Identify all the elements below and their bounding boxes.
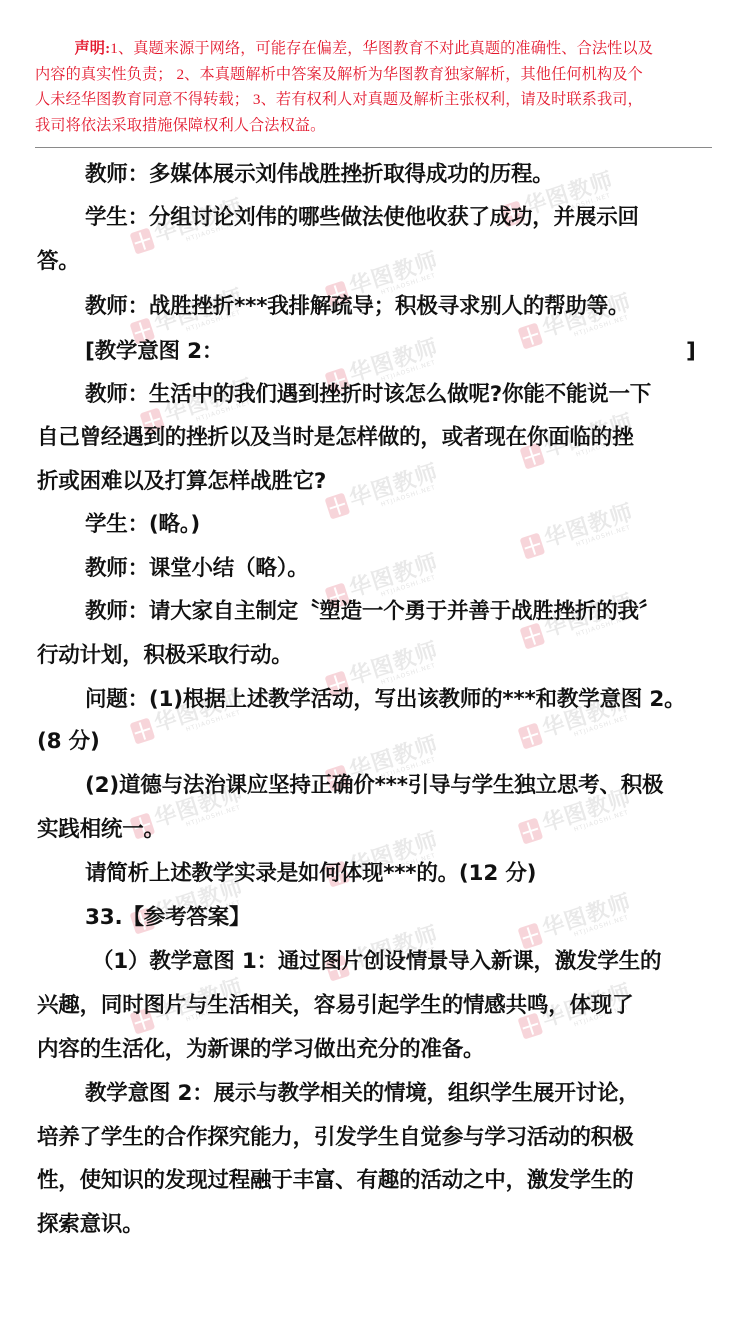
disclaimer-label: 声明: [75,40,111,57]
text-line: 教师：战胜挫折***我排解疏导；积极寻求别人的帮助等。 [85,292,629,322]
text-line: ] [686,337,696,367]
watermark: 华图教师HTJIAOSHI.NET [322,451,458,529]
text-line: 探索意识。 [37,1210,144,1240]
text-line: 教师：请大家自主制定〝塑造一个勇于并善于战胜挫折的我〞 [85,597,660,627]
watermark: 华图教师HTJIAOSHI.NET [517,491,653,569]
watermark-logo-icon [519,532,545,559]
text-line: 兴趣，同时图片与生活相关，容易引起学生的情感共鸣，体现了 [37,991,633,1021]
text-line: 内容的生活化，为新课的学习做出充分的准备。 [37,1035,484,1065]
answer-heading: 33.【参考答案】 [85,903,250,933]
watermark-logo-icon [517,322,543,349]
watermark-logo-icon [517,722,543,749]
text-line: 性，使知识的发现过程融于丰富、有趣的活动之中，激发学生的 [37,1166,633,1196]
watermark-logo-icon [129,717,155,744]
text-line: (2)道德与法治课应坚持正确价***引导与学生独立思考、积极 [85,771,663,801]
text-line: 教学意图 2：展示与教学相关的情境，组织学生展开讨论， [85,1079,640,1109]
text-line: 请简析上述教学实录是如何体现***的。(12 分) [85,859,536,889]
disclaimer-text-1: 1、真题来源于网络，可能存在偏差，华图教育不对此真题的准确性、合法性以及 [110,40,653,57]
text-line: 教师：生活中的我们遇到挫折时该怎么做呢?你能不能说一下 [85,380,651,410]
text-line: （1）教学意图 1：通过图片创设情景导入新课，激发学生的 [92,947,661,977]
disclaimer-line-4: 我司将依法采取措施保障权利人合法权益。 [35,113,715,139]
disclaimer-line-1: 声明:1、真题来源于网络，可能存在偏差，华图教育不对此真题的准确性、合法性以及 [35,36,715,62]
header-divider [35,147,712,148]
text-line: 学生：(略。) [85,510,200,540]
text-line: [教学意图 2： [85,337,223,367]
text-line: 答。 [37,247,80,277]
text-line: 折或困难以及打算怎样战胜它? [37,467,326,497]
disclaimer-line-3: 人未经华图教育同意不得转载； 3、若有权利人对真题及解析主张权利，请及时联系我司… [35,87,715,113]
watermark-logo-icon [517,922,543,949]
disclaimer-line-2: 内容的真实性负责； 2、本真题解析中答案及解析为华图教育独家解析，其他任何机构及… [35,62,715,88]
text-line: 行动计划，积极采取行动。 [37,641,293,671]
text-line: 实践相统一。 [37,815,165,845]
text-line: 教师：多媒体展示刘伟战胜挫折取得成功的历程。 [85,160,554,190]
document-page: 声明:1、真题来源于网络，可能存在偏差，华图教育不对此真题的准确性、合法性以及 … [0,0,748,1335]
text-line: 教师：课堂小结（略）。 [85,554,309,584]
text-line: 问题：(1)根据上述教学活动，写出该教师的***和教学意图 2。 [85,685,685,715]
disclaimer-block: 声明:1、真题来源于网络，可能存在偏差，华图教育不对此真题的准确性、合法性以及 … [35,36,715,138]
text-line: 自己曾经遇到的挫折以及当时是怎样做的，或者现在你面临的挫 [37,423,633,453]
watermark-logo-icon [324,492,350,519]
watermark-logo-icon [517,817,543,844]
text-line: 培养了学生的合作探究能力，引发学生自觉参与学习活动的积极 [37,1123,633,1153]
text-line: 学生：分组讨论刘伟的哪些做法使他收获了成功，并展示回 [85,203,639,233]
text-line: (8 分) [37,727,100,757]
